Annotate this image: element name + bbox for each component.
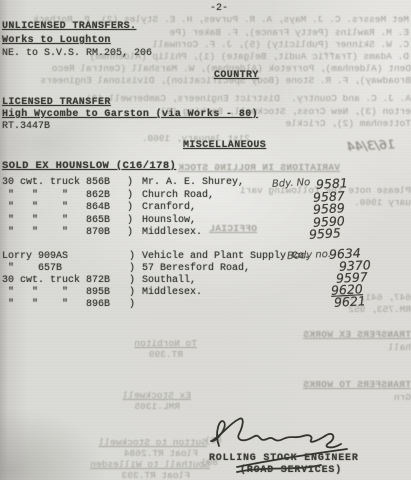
row-paren: ) (129, 299, 135, 310)
row-paren: ) (127, 215, 133, 226)
row-paren: ) (129, 287, 135, 298)
transfer-detail-ne-svs: NE. to S.V.S. RM.205, 206 (2, 48, 152, 59)
row-detail: Middlesex. (142, 227, 202, 238)
row-left: 30 cwt. truck 856B (2, 177, 110, 188)
bleed-line: Float RT.2684 (103, 449, 198, 459)
bleed-line: Dent (Aldenham), Porretok (Aldenham), W.… (0, 64, 411, 74)
page-number: -2- (210, 3, 228, 14)
row-detail: Mr. A. E. Shurey, (142, 177, 244, 188)
bleed-line: Broadway), F. R. Stone (Body Specificati… (0, 76, 411, 86)
bleed-line: hall (375, 343, 411, 353)
bleed-heading-transfers-ex-works: TRANSFERS EX WORKS (283, 330, 411, 340)
row-left: " 657B (2, 263, 62, 274)
row-paren: ) (127, 227, 133, 238)
section-licensed-transfer: LICENSED TRANSFER (2, 97, 111, 108)
handwritten-body-number: 9621 (334, 295, 366, 309)
row-left: " " " 870B (2, 227, 110, 238)
bleed-heading-ex-stockwell: Ex Stockwell (113, 391, 191, 401)
bleed-line: Grn (378, 393, 411, 403)
row-left: 30 cwt. truck 872B (2, 275, 110, 286)
row-left: " " " 895B (2, 287, 110, 298)
row-left: Lorry 909AS (2, 251, 68, 262)
section-unlicensed-transfers: UNLICENSED TRANSFERS. (2, 21, 136, 32)
row-paren: ) (127, 202, 133, 213)
row-detail: Vehicle and Plant Supply Co. (142, 251, 310, 262)
scanned-document-page: Met Messrs. C. J. Mays, A. R. Purves, H.… (0, 0, 411, 480)
row-detail: Hounslow, (142, 215, 196, 226)
row-left: " " " 864B (2, 202, 110, 213)
bleed-line: Tottenham (2), Crickle (0, 119, 411, 129)
row-detail: Church Road, (142, 190, 214, 201)
row-detail: Middlesex. (142, 287, 202, 298)
bleed-heading-to-norbiton: To Norbiton (125, 339, 197, 349)
row-paren: ) (129, 251, 135, 262)
handwritten-note: Bdy. No (272, 177, 311, 191)
row-paren: ) (127, 177, 133, 188)
bleed-handwritten-date: 16/3/44 (335, 138, 396, 153)
signoff-subtitle: (ROAD SERVICES) (240, 465, 342, 476)
row-paren: ) (129, 263, 135, 274)
row-left: " " " 862B (2, 190, 110, 201)
handwritten-body-number: 9595 (309, 227, 341, 241)
row-left: " " " 865B (2, 215, 110, 226)
bleed-heading-sutton-stockwell: Sutton to Stockwell (92, 438, 207, 448)
bleed-line: RT.399 (133, 350, 183, 360)
bleed-line: RML.1365 (120, 402, 180, 412)
section-sold-ex-hounslow: SOLD EX HOUNSLOW (C16/178) (2, 161, 176, 172)
bleed-line: Float RT.393 (100, 471, 190, 480)
bleed-heading-transfers-to-works: TRANSFERS TO WORKS (283, 380, 411, 390)
signoff-title: ROLLING STOCK ENGINEER (209, 453, 359, 464)
row-paren: ) (129, 275, 135, 286)
row-left: " " " 896B (2, 299, 110, 310)
fleet-ref-rt3447b: RT.3447B (2, 121, 50, 132)
bleed-heading-official: OFFICIAL (202, 224, 257, 234)
route-works-to-loughton: Works to Loughton (2, 35, 111, 46)
route-high-wycombe-garston: High Wycombe to Garston (via Works - 80) (2, 109, 258, 120)
handwritten-note: Body no. (287, 249, 332, 263)
row-detail: Southall, (142, 275, 196, 286)
section-miscellaneous: MISCELLANEOUS (183, 140, 266, 151)
section-country: COUNTRY (214, 70, 259, 81)
row-detail: Cranford, (142, 202, 196, 213)
row-paren: ) (127, 190, 133, 201)
row-detail: 57 Beresford Road, (142, 263, 250, 274)
